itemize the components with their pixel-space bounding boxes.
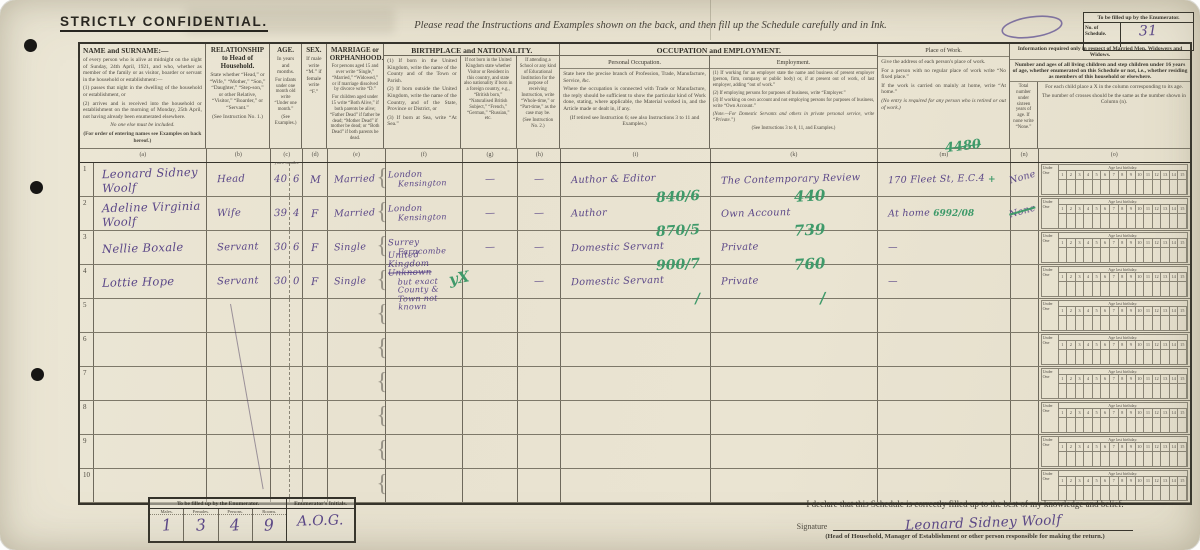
age-number-cell: 14: [1170, 239, 1179, 247]
header-fine-print: (For order of entering names see Example…: [83, 131, 202, 144]
rooms-value: 9: [263, 515, 275, 535]
age-number-cell: 11: [1144, 307, 1153, 315]
occupation-entry: Author: [571, 208, 607, 220]
green-check-mark: yX: [447, 267, 470, 288]
age-mark-cell: [1084, 418, 1093, 432]
age-mark-cell: [1178, 316, 1187, 330]
age-number-cell: 4: [1084, 273, 1093, 281]
col-header-birthplace: (1) If born in the United Kingdom, write…: [384, 56, 461, 148]
age-mark-cell: [1153, 248, 1162, 262]
age-mark-cell: [1161, 350, 1170, 364]
age-number-cell: 11: [1144, 375, 1153, 383]
age-mark-cell: [1059, 214, 1068, 228]
age-months-cell: 6: [290, 163, 303, 196]
age-mark-cell: [1136, 452, 1145, 466]
row-number-cell: 4: [80, 265, 94, 298]
age-number-cell: 9: [1127, 443, 1136, 451]
children-ages-cell: Under OneAge last birthday.1234567891011…: [1039, 333, 1190, 366]
age-mark-cell: [1084, 180, 1093, 194]
age-mark-cell: [1076, 316, 1085, 330]
age-mark-cell: [1178, 452, 1187, 466]
age-months-cell: [290, 401, 303, 434]
header-fine-print: For children aged under 15 write “Both A…: [330, 95, 380, 142]
age-years-cell: [271, 299, 290, 332]
age-years-cell: 30: [271, 265, 290, 298]
age-number-cell: 15: [1178, 341, 1187, 349]
col-header-education: If attending a School or any kind of Edu…: [517, 56, 560, 148]
enumerator-rooms: Rooms. 9: [253, 509, 286, 541]
age-mark-cell: [1076, 452, 1085, 466]
age-mark-cell: [1084, 316, 1093, 330]
col-title-marriage: MARRIAGE or ORPHANHOOD.: [330, 46, 380, 62]
age-months-entry: 6: [293, 174, 300, 185]
age-mark-cell: [1059, 248, 1068, 262]
age-mark-cell: [1153, 180, 1162, 194]
age-number-cell: 5: [1093, 477, 1102, 485]
age-mark-cell: [1076, 418, 1085, 432]
header-fine-print: (1) passes that night in the dwelling of…: [83, 85, 202, 98]
age-mark-cell: [1101, 452, 1110, 466]
relationship-cell: [207, 435, 272, 468]
marriage-cell: {: [328, 333, 386, 366]
column-letters-row: (a) (b) (c)years. months. (d) (e) (f) (g…: [80, 148, 1190, 163]
age-months-cell: [290, 435, 303, 468]
age-mark-cell: [1161, 418, 1170, 432]
row-number-cell: 5: [80, 299, 94, 332]
age-number-cell: 8: [1119, 375, 1128, 383]
age-mark-cell: [1144, 418, 1153, 432]
age-number-cell: 7: [1110, 477, 1119, 485]
row-number: 3: [83, 233, 87, 241]
age-mark-cell: [1170, 248, 1179, 262]
name-entry: Nellie Boxale: [94, 239, 184, 255]
age-months-cell: [290, 367, 303, 400]
punch-hole: [31, 368, 44, 381]
age-mark-cell: [1076, 180, 1085, 194]
age-number-cell: 6: [1101, 341, 1110, 349]
age-number-cell: 5: [1093, 375, 1102, 383]
header-fine-print: Give the address of each person's place …: [881, 59, 1006, 66]
age-mark-cell: [1084, 486, 1093, 500]
age-mark-cell: [1127, 248, 1136, 262]
age-mark-cell: [1170, 282, 1179, 296]
education-cell: [518, 435, 561, 468]
age-number-cell: 10: [1136, 171, 1145, 179]
age-mark-cell: [1110, 452, 1119, 466]
age-number-cell: 12: [1153, 375, 1162, 383]
age-number-cell: 10: [1136, 307, 1145, 315]
nationality-cell: [463, 435, 519, 468]
header-fine-print: In years and months.: [273, 56, 298, 76]
col-letter-h: (h): [518, 149, 561, 162]
sex-cell: [303, 333, 328, 366]
age-mark-cell: [1076, 486, 1085, 500]
males-value: 1: [161, 515, 173, 535]
age-mark-cell: [1161, 282, 1170, 296]
col-header-employment: Employment. (1) If working for an employ…: [710, 56, 877, 148]
age-years-cell: 40: [271, 163, 290, 196]
age-mark-cell: [1093, 452, 1102, 466]
sex-entry: F: [311, 241, 319, 253]
age-mark-cell: [1136, 486, 1145, 500]
name-entry: Leonard Sidney Woolf: [94, 164, 206, 195]
row-number-cell: 10: [80, 469, 94, 502]
age-mark-cell: [1119, 316, 1128, 330]
table-row: 8 { Under OneAge last birthday.123456789…: [80, 401, 1190, 435]
place-of-work-entry: —: [888, 242, 898, 253]
relationship-cell: Head: [207, 163, 272, 196]
occupation-entry: Author & Editor: [571, 173, 656, 186]
age-mark-cell: [1084, 452, 1093, 466]
females-value: 3: [195, 515, 207, 535]
age-number-cell: 13: [1161, 375, 1170, 383]
header-fine-print: (Note.—For Domestic Servants and others …: [713, 112, 874, 124]
birthplace-cell: [386, 435, 463, 468]
age-number-cell: 11: [1144, 443, 1153, 451]
age-number-cell: 12: [1153, 239, 1162, 247]
age-years-entry: 40: [273, 174, 287, 185]
age-mark-cell: [1093, 418, 1102, 432]
age-number-cell: 15: [1178, 205, 1187, 213]
age-number-cell: 3: [1076, 273, 1085, 281]
marriage-entry: Married: [328, 173, 376, 185]
age-number-cell: 5: [1093, 239, 1102, 247]
age-mark-cell: [1178, 248, 1187, 262]
age-number-cell: 10: [1136, 375, 1145, 383]
age-mark-cell: [1153, 282, 1162, 296]
age-mark-cell: [1170, 214, 1179, 228]
sex-cell: [303, 401, 328, 434]
age-grid: Under OneAge last birthday.1234567891011…: [1041, 198, 1188, 229]
age-mark-cell: [1067, 282, 1076, 296]
employment-entry: The Contemporary Review: [721, 172, 861, 187]
col-letter-m: (m)4480: [878, 149, 1011, 162]
age-mark-cell: [1153, 418, 1162, 432]
sex-cell: M: [303, 163, 328, 196]
age-number-cell: 15: [1178, 307, 1187, 315]
age-mark-cell: [1178, 214, 1187, 228]
age-number-cell: 4: [1084, 205, 1093, 213]
punch-hole: [30, 181, 43, 194]
header-fine-print: (2) If employing persons for purposes of…: [713, 91, 874, 97]
children-total: None: [1008, 202, 1037, 220]
age-mark-cell: [1101, 214, 1110, 228]
age-mark-cell: [1110, 384, 1119, 398]
age-number-cell: 15: [1178, 171, 1187, 179]
col-header-name: NAME and SURNAME:— of every person who i…: [80, 44, 206, 148]
age-mark-cell: [1119, 214, 1128, 228]
nationality-cell: —: [463, 197, 519, 230]
age-under-one-label: Under One: [1042, 301, 1059, 330]
age-months-cell: [290, 299, 303, 332]
age-number-cell: 14: [1170, 273, 1179, 281]
age-mark-cell: [1093, 486, 1102, 500]
age-number-cell: 11: [1144, 477, 1153, 485]
place-of-work-entry: —: [888, 276, 898, 287]
age-mark-cell: [1067, 418, 1076, 432]
age-number-cell: 1: [1059, 273, 1068, 281]
place-of-work-mark: 6992/08: [933, 209, 974, 219]
age-mark-cell: [1110, 214, 1119, 228]
age-number-cell: 7: [1110, 443, 1119, 451]
age-mark-cell: [1110, 282, 1119, 296]
birthplace-line2: Kensington: [388, 213, 447, 223]
age-number-cell: 13: [1161, 341, 1170, 349]
age-mark-cell: [1153, 452, 1162, 466]
age-mark-cell: [1067, 316, 1076, 330]
place-of-work-cell: [878, 469, 1011, 502]
row-number: 8: [83, 403, 87, 411]
occupation-code: /: [694, 291, 700, 307]
birthplace-cell: [386, 401, 463, 434]
age-number-cell: 9: [1127, 409, 1136, 417]
place-of-work-cell: —: [878, 231, 1011, 264]
age-mark-cell: [1153, 350, 1162, 364]
age-number-cell: 3: [1076, 477, 1085, 485]
age-mark-cell: [1101, 486, 1110, 500]
age-number-cell: 11: [1144, 273, 1153, 281]
enumerator-persons: Persons. 4: [219, 509, 253, 541]
children-total: None: [1008, 168, 1037, 186]
age-grid: Under OneAge last birthday.1234567891011…: [1041, 266, 1188, 297]
age-number-cell: 14: [1170, 205, 1179, 213]
header-fine-print: The number of crosses should be the same…: [1041, 93, 1187, 106]
age-mark-cell: [1119, 350, 1128, 364]
children-total-cell: [1011, 367, 1039, 400]
age-number-cell: 6: [1101, 477, 1110, 485]
name-cell: Leonard Sidney Woolf: [94, 163, 207, 196]
age-number-cell: 7: [1110, 171, 1119, 179]
age-under-one-label: Under One: [1042, 335, 1059, 364]
header-fine-print: (No entry is required for any person who…: [881, 98, 1006, 111]
age-number-cell: 2: [1067, 273, 1076, 281]
table-row: 5 { Under OneAge last birthday.123456789…: [80, 299, 1190, 333]
age-mark-cell: [1067, 350, 1076, 364]
education-entry: —: [534, 174, 545, 185]
employment-cell: [711, 435, 878, 468]
age-number-cell: 1: [1059, 375, 1068, 383]
name-cell: [94, 299, 207, 332]
age-number-cell: 13: [1161, 273, 1170, 281]
col-title-name: NAME and SURNAME:—: [83, 46, 202, 55]
sex-cell: [303, 367, 328, 400]
education-cell: [518, 469, 561, 502]
col-title-age: AGE.: [273, 46, 298, 54]
col-header-children-ages: For each child place a X in the column c…: [1038, 82, 1190, 148]
col-title-place-of-work: Place of Work.: [878, 46, 1009, 57]
age-mark-cell: [1101, 248, 1110, 262]
age-mark-cell: [1059, 384, 1068, 398]
age-number-cell: 6: [1101, 171, 1110, 179]
enumerator-females: Females. 3: [184, 509, 218, 541]
signature-line: Leonard Sidney Woolf: [833, 512, 1133, 531]
age-number-cell: 11: [1144, 341, 1153, 349]
age-mark-cell: [1161, 486, 1170, 500]
header-fine-print: For infants under one month old write “U…: [273, 78, 298, 113]
age-number-cell: 3: [1076, 239, 1085, 247]
age-mark-cell: [1084, 350, 1093, 364]
children-total-cell: [1011, 265, 1039, 298]
age-number-cell: 6: [1101, 205, 1110, 213]
birthplace-cell: [386, 367, 463, 400]
age-number-cell: 10: [1136, 409, 1145, 417]
header-fine-print: If attending a School or any kind of Edu…: [520, 58, 557, 116]
place-of-work-cell: [878, 333, 1011, 366]
children-total-cell: None: [1011, 163, 1039, 196]
header-fine-print: (1) If working for an employer state the…: [713, 71, 874, 89]
age-number-cell: 9: [1127, 239, 1136, 247]
children-ages-cell: Under OneAge last birthday.1234567891011…: [1039, 299, 1190, 332]
education-entry: —: [534, 208, 545, 219]
age-number-cell: 15: [1178, 409, 1187, 417]
name-cell: Nellie Boxale: [94, 231, 207, 264]
relationship-cell: [207, 367, 272, 400]
row-number-cell: 2: [80, 197, 94, 230]
education-cell: —: [518, 231, 561, 264]
place-of-work-cell: At home6992/08: [878, 197, 1011, 230]
age-mark-cell: [1059, 316, 1068, 330]
col-letter-k: (k): [711, 149, 878, 162]
age-under-one-label: Under One: [1042, 471, 1059, 500]
age-mark-cell: [1144, 384, 1153, 398]
col-letter-n: (n): [1011, 149, 1039, 162]
header-fine-print: Where the occupation is connected with T…: [563, 86, 706, 112]
birthplace-cell: [386, 333, 463, 366]
marriage-cell: Single{: [328, 265, 386, 298]
col-letter-c-label: (c): [283, 152, 290, 158]
age-number-cell: 5: [1093, 307, 1102, 315]
age-number-cell: 12: [1153, 443, 1162, 451]
table-row: 4 Lottie Hope Servant 30 0 F Single{ Uni…: [80, 265, 1190, 299]
age-mark-cell: [1170, 452, 1179, 466]
age-number-cell: 1: [1059, 239, 1068, 247]
age-under-one-label: Under One: [1042, 267, 1059, 296]
employment-cell: [711, 469, 878, 502]
age-number-cell: 15: [1178, 239, 1187, 247]
relationship-entry: Servant: [206, 275, 258, 287]
age-under-one-label: Under One: [1042, 403, 1059, 432]
age-number-cell: 12: [1153, 409, 1162, 417]
col-letter-g: (g): [463, 149, 519, 162]
age-mark-cell: [1119, 282, 1128, 296]
header-fine-print: (3) If born at Sea, write “At Sea.”: [387, 115, 457, 128]
age-mark-cell: [1161, 452, 1170, 466]
age-mark-cell: [1119, 418, 1128, 432]
birthplace-line2: Kensington: [388, 179, 447, 189]
age-number-cell: 8: [1119, 477, 1128, 485]
age-number-cell: 4: [1084, 239, 1093, 247]
age-number-cell: 3: [1076, 341, 1085, 349]
age-under-one-label: Under One: [1042, 199, 1059, 228]
age-months-entry: 4: [293, 208, 300, 219]
header-fine-print: If the work is carried on mainly at home…: [881, 83, 1006, 96]
col-header-age: AGE. In years and months. For infants un…: [270, 44, 302, 148]
age-grid: Under OneAge last birthday.1234567891011…: [1041, 368, 1188, 399]
age-number-cell: 8: [1119, 307, 1128, 315]
row-number: 4: [83, 267, 87, 275]
age-number-cell: 5: [1093, 409, 1102, 417]
age-mark-cell: [1059, 282, 1068, 296]
sex-cell: [303, 299, 328, 332]
age-mark-cell: [1127, 486, 1136, 500]
place-of-work-cell: [878, 299, 1011, 332]
age-mark-cell: [1101, 418, 1110, 432]
children-total-cell: [1011, 401, 1039, 434]
employment-cell: [711, 333, 878, 366]
age-mark-cell: [1067, 180, 1076, 194]
age-number-cell: 3: [1076, 307, 1085, 315]
age-months-entry: 6: [293, 242, 300, 253]
children-ages-cell: Under OneAge last birthday.1234567891011…: [1039, 469, 1190, 502]
age-number-cell: 2: [1067, 341, 1076, 349]
age-mark-cell: [1144, 350, 1153, 364]
age-grid: Under OneAge last birthday.1234567891011…: [1041, 470, 1188, 501]
children-total-cell: [1011, 231, 1039, 264]
age-mark-cell: [1153, 486, 1162, 500]
age-mark-cell: [1119, 452, 1128, 466]
age-mark-cell: [1101, 316, 1110, 330]
age-number-cell: 14: [1170, 341, 1179, 349]
age-mark-cell: [1153, 384, 1162, 398]
col-letter-d: (d): [303, 149, 328, 162]
age-number-cell: 3: [1076, 171, 1085, 179]
row-number: 6: [83, 335, 87, 343]
persons-label: Persons.: [219, 509, 252, 515]
age-number-cell: 1: [1059, 307, 1068, 315]
age-mark-cell: [1136, 384, 1145, 398]
education-cell: [518, 401, 561, 434]
header-fine-print: State whether “Head,” or “Wife,” “Mother…: [209, 72, 266, 112]
age-mark-cell: [1127, 214, 1136, 228]
age-number-cell: 10: [1136, 273, 1145, 281]
age-number-cell: 7: [1110, 341, 1119, 349]
census-form-scan: STRICTLY CONFIDENTIAL. Please read the I…: [0, 0, 1200, 550]
header-fine-print: If not born in the United Kingdom state …: [464, 58, 513, 122]
declaration-text: I declare that this Schedule is correctl…: [735, 499, 1195, 509]
col-title-relationship: RELATIONSHIP to Head of Household.: [209, 46, 266, 70]
marriage-cell: {: [328, 299, 386, 332]
table-row: 1 Leonard Sidney Woolf Head 40 6 M Marri…: [80, 163, 1190, 197]
age-number-cell: 1: [1059, 477, 1068, 485]
age-mark-cell: [1076, 282, 1085, 296]
col-header-marriage: MARRIAGE or ORPHANHOOD. For persons aged…: [327, 44, 384, 148]
relationship-cell: Servant: [207, 265, 272, 298]
occupation-cell: [561, 333, 710, 366]
age-number-cell: 12: [1153, 477, 1162, 485]
age-mark-cell: [1144, 282, 1153, 296]
age-number-cell: 13: [1161, 443, 1170, 451]
children-total-cell: [1011, 333, 1039, 366]
marriage-entry: Married: [328, 207, 376, 219]
age-mark-cell: [1093, 282, 1102, 296]
age-number-cell: 8: [1119, 205, 1128, 213]
age-number-cell: 15: [1178, 273, 1187, 281]
birthplace-cell: [386, 299, 463, 332]
age-number-cell: 13: [1161, 409, 1170, 417]
age-mark-cell: [1059, 180, 1068, 194]
age-months-cell: 0: [290, 265, 303, 298]
age-mark-cell: [1110, 180, 1119, 194]
name-cell: Lottie Hope: [94, 265, 207, 298]
age-mark-cell: [1110, 418, 1119, 432]
age-number-cell: 15: [1178, 443, 1187, 451]
table-body: 1 Leonard Sidney Woolf Head 40 6 M Marri…: [80, 163, 1190, 503]
marriage-cell: {: [328, 367, 386, 400]
age-years-entry: 30: [273, 276, 287, 287]
place-of-work-cell: [878, 367, 1011, 400]
sex-entry: M: [309, 173, 320, 185]
age-years-cell: [271, 435, 290, 468]
